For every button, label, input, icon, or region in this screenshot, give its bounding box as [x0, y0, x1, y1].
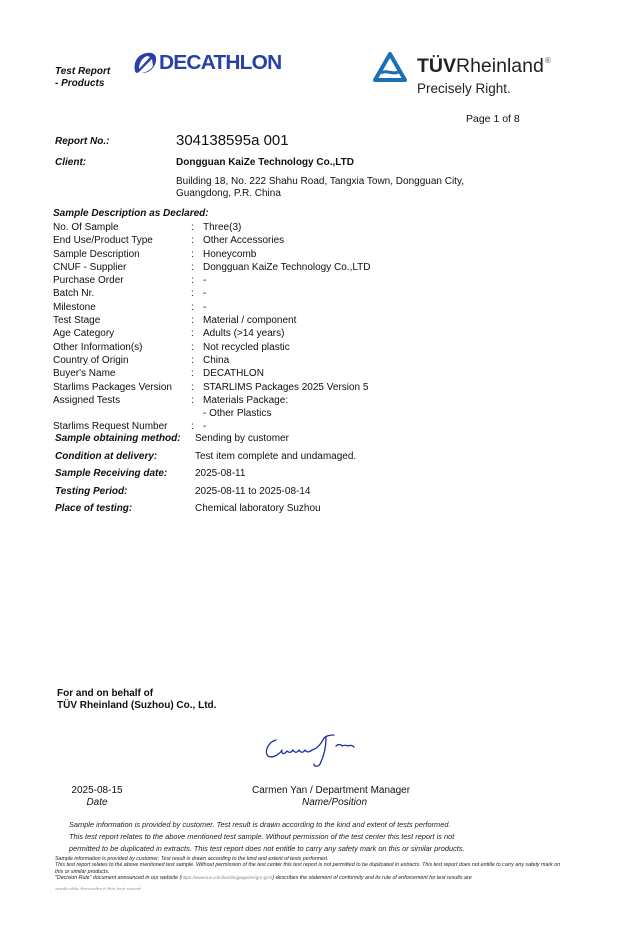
field-value: -	[203, 420, 206, 433]
document-type-line1: Test Report	[55, 66, 110, 78]
separator: :	[191, 234, 203, 247]
detail-value: 2025-08-11 to 2025-08-14	[195, 486, 310, 497]
footer-line2: This test report relates to the above me…	[55, 862, 565, 875]
tuv-wordmark: TÜVRheinland®	[417, 55, 551, 78]
field-label: End Use/Product Type	[53, 234, 191, 247]
client-address-line1: Building 18, No. 222 Shahu Road, Tangxia…	[176, 176, 516, 188]
detail-row: Sample obtaining method:Sending by custo…	[55, 433, 356, 451]
separator: :	[191, 354, 203, 367]
sample-description-row: End Use/Product Type:Other Accessories	[53, 234, 371, 247]
footer-line4: applicable throughout this test report.	[55, 887, 142, 890]
field-value: Material / component	[203, 314, 296, 327]
document-type-line2: - Products	[55, 78, 110, 90]
sample-description-table: No. Of Sample:Three(3)End Use/Product Ty…	[53, 221, 371, 434]
separator: :	[191, 274, 203, 287]
field-label: CNUF - Supplier	[53, 261, 191, 274]
separator: :	[191, 381, 203, 394]
sample-description-row: Country of Origin:China	[53, 354, 371, 367]
sample-description-row: Test Stage:Material / component	[53, 314, 371, 327]
footer-line4-cut: applicable throughout this test report.	[55, 887, 165, 890]
detail-row: Condition at delivery:Test item complete…	[55, 451, 356, 469]
field-label: Sample Description	[53, 248, 191, 261]
on-behalf-line1: For and on behalf of	[57, 688, 216, 700]
field-value: -	[203, 287, 206, 300]
sample-description-row: Age Category:Adults (>14 years)	[53, 327, 371, 340]
detail-label: Sample obtaining method:	[55, 433, 195, 444]
detail-row: Testing Period:2025-08-11 to 2025-08-14	[55, 486, 356, 504]
tuv-slogan: Precisely Right.	[417, 81, 511, 96]
field-value: Three(3)	[203, 221, 241, 234]
client-address-line2: Guangdong, P.R. China	[176, 188, 516, 200]
sample-description-row: Other Information(s):Not recycled plasti…	[53, 341, 371, 354]
sample-description-row: Milestone:-	[53, 301, 371, 314]
client-address: Building 18, No. 222 Shahu Road, Tangxia…	[176, 176, 516, 199]
disclaimer-main-line: permitted to be duplicated in extracts. …	[69, 843, 549, 855]
separator: :	[191, 420, 203, 433]
page-indicator: Page 1 of 8	[466, 113, 520, 125]
detail-value: Sending by customer	[195, 433, 289, 444]
field-label: Buyer's Name	[53, 367, 191, 380]
report-number-label: Report No.:	[55, 136, 109, 147]
separator: :	[191, 261, 203, 274]
field-label: Age Category	[53, 327, 191, 340]
separator: :	[191, 314, 203, 327]
detail-row: Place of testing:Chemical laboratory Suz…	[55, 503, 356, 521]
disclaimer-footer: Sample information is provided by custom…	[55, 856, 565, 882]
report-number: 304138595a 001	[176, 132, 289, 149]
field-label: Starlims Request Number	[53, 420, 191, 433]
client-label: Client:	[55, 157, 86, 168]
sample-description-row: Purchase Order:-	[53, 274, 371, 287]
detail-label: Place of testing:	[55, 503, 195, 514]
footer-line3-text: "Decision Rule" document announced in ou…	[55, 875, 181, 881]
detail-label: Sample Receiving date:	[55, 468, 195, 479]
field-label: Country of Origin	[53, 354, 191, 367]
decathlon-swoosh-icon	[133, 52, 157, 74]
sample-description-row: CNUF - Supplier:Dongguan KaiZe Technolog…	[53, 261, 371, 274]
tuv-wordmark-regular: Rheinland	[456, 55, 544, 77]
field-value: Other Accessories	[203, 234, 284, 247]
separator: :	[191, 341, 203, 354]
field-value: Adults (>14 years)	[203, 327, 284, 340]
sample-description-row: Starlims Request Number:-	[53, 420, 371, 433]
disclaimer-main-line: Sample information is provided by custom…	[69, 819, 549, 831]
field-label: Test Stage	[53, 314, 191, 327]
detail-label: Condition at delivery:	[55, 451, 195, 462]
field-label: Batch Nr.	[53, 287, 191, 300]
separator: :	[191, 394, 203, 421]
handwritten-signature	[262, 732, 362, 768]
field-label: Other Information(s)	[53, 341, 191, 354]
decision-rule-link[interactable]: https://www.tuv.com/landingpage/en/gm-gc…	[181, 875, 272, 880]
footer-line3-text-end: ) describes the statement of conformity …	[272, 875, 471, 881]
tuv-triangle-icon	[373, 52, 407, 82]
disclaimer-main: Sample information is provided by custom…	[69, 819, 549, 855]
sample-description-row: Sample Description:Honeycomb	[53, 248, 371, 261]
field-value: -	[203, 301, 206, 314]
footer-line3: "Decision Rule" document announced in ou…	[55, 875, 565, 881]
sample-details: Sample obtaining method:Sending by custo…	[55, 433, 356, 521]
field-value: -	[203, 274, 206, 287]
on-behalf-of: For and on behalf of TÜV Rheinland (Suzh…	[57, 688, 216, 711]
sample-description-row: Assigned Tests:Materials Package: - Othe…	[53, 394, 371, 421]
sample-description-row: No. Of Sample:Three(3)	[53, 221, 371, 234]
separator: :	[191, 248, 203, 261]
field-label: No. Of Sample	[53, 221, 191, 234]
signature-date-caption: Date	[67, 797, 127, 808]
separator: :	[191, 287, 203, 300]
decathlon-wordmark: DECATHLON	[159, 51, 281, 75]
detail-label: Testing Period:	[55, 486, 195, 497]
on-behalf-line2: TÜV Rheinland (Suzhou) Co., Ltd.	[57, 700, 216, 712]
field-value: Dongguan KaiZe Technology Co.,LTD	[203, 261, 371, 274]
separator: :	[191, 301, 203, 314]
field-label: Assigned Tests	[53, 394, 191, 421]
signatory-caption: Name/Position	[252, 797, 417, 808]
disclaimer-main-line: This test report relates to the above me…	[69, 831, 549, 843]
document-type: Test Report - Products	[55, 66, 110, 89]
sample-description-title: Sample Description as Declared:	[53, 208, 209, 219]
decathlon-logo: DECATHLON	[133, 51, 279, 75]
detail-value: 2025-08-11	[195, 468, 245, 479]
field-label: Starlims Packages Version	[53, 381, 191, 394]
sample-description-row: Starlims Packages Version:STARLIMS Packa…	[53, 381, 371, 394]
field-label: Milestone	[53, 301, 191, 314]
registered-mark: ®	[545, 56, 551, 65]
field-label: Purchase Order	[53, 274, 191, 287]
client-name: Dongguan KaiZe Technology Co.,LTD	[176, 157, 354, 168]
signature-date: 2025-08-15	[67, 785, 127, 796]
field-value: Not recycled plastic	[203, 341, 290, 354]
separator: :	[191, 327, 203, 340]
separator: :	[191, 367, 203, 380]
detail-value: Chemical laboratory Suzhou	[195, 503, 321, 514]
field-value: Materials Package: - Other Plastics	[203, 394, 288, 421]
detail-value: Test item complete and undamaged.	[195, 451, 356, 462]
tuv-wordmark-bold: TÜV	[417, 55, 456, 77]
separator: :	[191, 221, 203, 234]
sample-description-row: Batch Nr.:-	[53, 287, 371, 300]
field-value: DECATHLON	[203, 367, 264, 380]
detail-row: Sample Receiving date:2025-08-11	[55, 468, 356, 486]
field-value: Honeycomb	[203, 248, 256, 261]
signatory-name-position: Carmen Yan / Department Manager	[252, 785, 410, 796]
field-value: STARLIMS Packages 2025 Version 5	[203, 381, 368, 394]
sample-description-row: Buyer's Name:DECATHLON	[53, 367, 371, 380]
field-value: China	[203, 354, 229, 367]
